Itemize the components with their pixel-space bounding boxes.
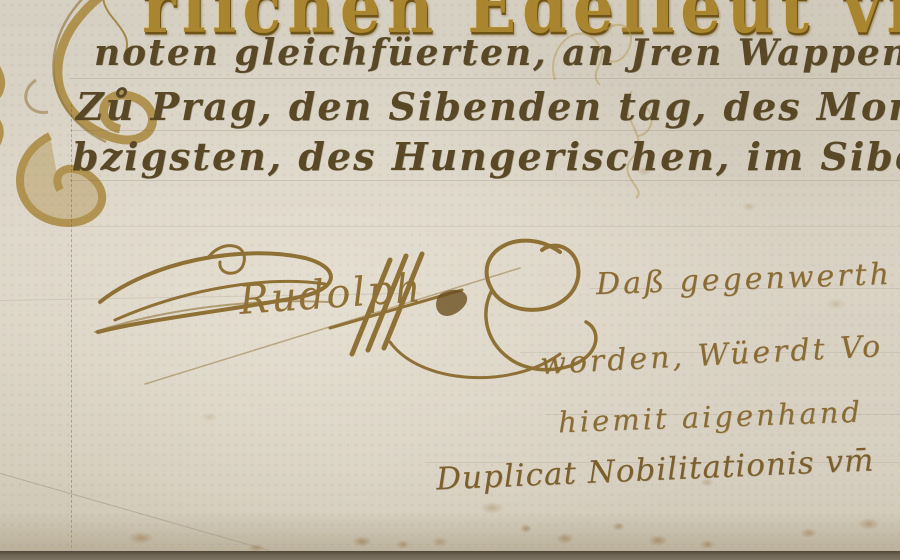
foxing-stain xyxy=(826,298,846,310)
ruling-guideline xyxy=(70,180,900,181)
imperial-signature: Rudolph xyxy=(90,232,610,402)
chancery-line-3: bzigsten, des Hungerischen, im Siben vnd… xyxy=(72,134,900,179)
chancery-line-2: Zů Prag, den Sibenden tag, des Monats Au… xyxy=(76,84,900,129)
manuscript-page: rlichen Edelleüt vnd Ritter noten gleich… xyxy=(0,0,900,560)
bottom-stain-band xyxy=(0,512,900,552)
chancery-line-1: noten gleichfüerten, an Jren Wappen vnd … xyxy=(94,32,900,74)
vertical-fold-line xyxy=(71,104,72,553)
ruling-guideline xyxy=(70,130,900,131)
bottom-fold-edge xyxy=(0,551,900,560)
ruling-guideline xyxy=(70,226,900,227)
ruling-guideline xyxy=(70,78,900,79)
foxing-stain xyxy=(200,412,218,422)
foxing-stain xyxy=(742,202,756,211)
countersign-line-1: Daß gegenwerth xyxy=(595,257,892,302)
docket-duplicat-line: Duplicat Nobilitationis vm̄ xyxy=(435,442,875,497)
